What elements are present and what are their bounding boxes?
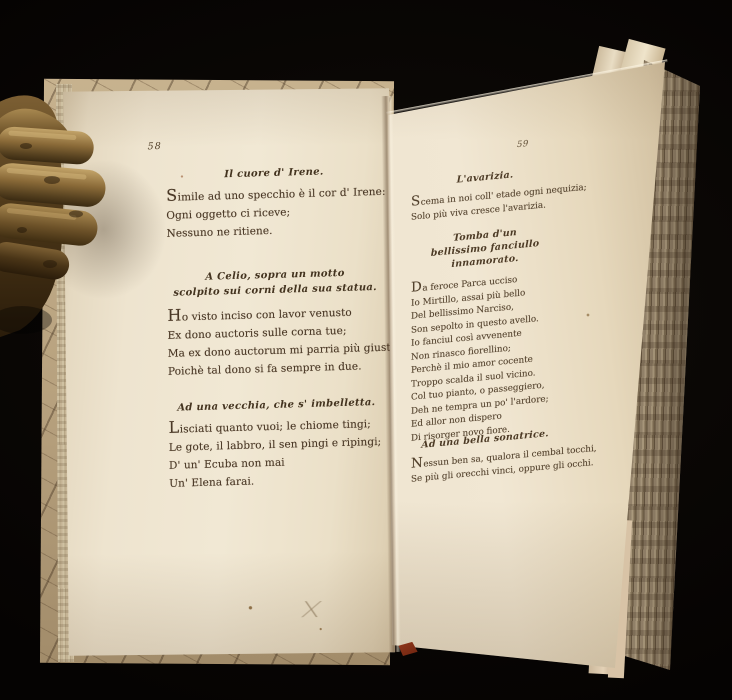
poem-lines: Ho visto inciso con lavor venusto Ex don… xyxy=(153,300,398,381)
page-number-right: 59 xyxy=(517,139,529,150)
page-number-left: 58 xyxy=(148,141,162,152)
pen-scratch-mark xyxy=(298,601,324,617)
poem-l-avarizia: L'avarizia. Scema in noi coll' etade ogn… xyxy=(397,163,573,226)
poem-lines: Lisciati quanto vuoi; le chiome tingi; L… xyxy=(154,412,399,493)
poem-lines: Simile ad uno specchio è il cor d' Irene… xyxy=(152,180,397,243)
finger xyxy=(0,126,95,166)
poem-lines: Da feroce Parca ucciso Io Mirtillo, assa… xyxy=(397,267,573,447)
poem-ad-una-vecchia: Ad una vecchia, che s' imbelletta. Lisci… xyxy=(154,394,399,493)
right-page-text: 59 L'avarizia. Scema in noi coll' etade … xyxy=(397,88,651,651)
poem-il-cuore-d-irene: Il cuore d' Irene. Simile ad uno specchi… xyxy=(152,162,397,243)
gilded-hand-holder xyxy=(0,88,124,354)
poem-tomba: Tomba d'un bellissimo fanciullo innamora… xyxy=(397,221,573,447)
antique-book-photo: 58 Il cuore d' Irene. Simile ad uno spec… xyxy=(0,0,732,700)
poem-a-celio: A Celio, sopra un motto scolpito sui cor… xyxy=(153,264,398,381)
